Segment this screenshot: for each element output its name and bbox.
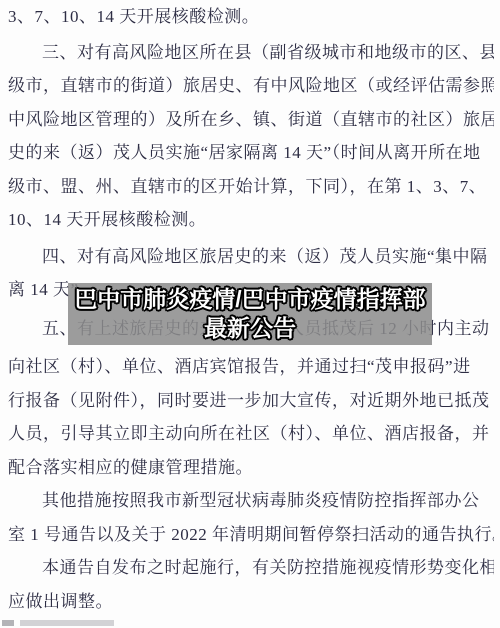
document-line: 级市，直辖市的街道）旅居史、有中风险地区（或经评估需参照	[8, 69, 494, 103]
overlay-title-line1: 巴中市肺炎疫情/巴中市疫情指挥部	[74, 285, 425, 314]
document-line: 配合落实相应的健康管理措施。	[8, 451, 494, 485]
document-line: 10、14 天开展核酸检测。	[8, 203, 494, 237]
document-line: 向社区（村）、单位、酒店宾馆报告，并通过扫“茂申报码”进	[8, 350, 494, 384]
document-line: 史的来（返）茂人员实施“居家隔离 14 天”（时间从离开所在地	[8, 136, 494, 170]
cut-off-text-artifact	[2, 620, 114, 626]
title-overlay-band: 巴中市肺炎疫情/巴中市疫情指挥部 最新公告	[68, 283, 432, 345]
document-line: 人员，引导其立即主动向所在社区（村）、单位、酒店报备，并	[8, 417, 494, 451]
document-line: 应做出调整。	[8, 585, 494, 619]
document-line: 三、对有高风险地区所在县（副省级城市和地级市的区、县	[8, 36, 494, 70]
document-line: 四、对有高风险地区旅居史的来（返）茂人员实施“集中隔	[8, 240, 494, 274]
document-line: 级市、盟、州、直辖市的区开始计算，下同），在第 1、3、7、	[8, 170, 494, 204]
document-line: 中风险地区管理的）及所在乡、镇、街道（直辖市的社区）旅居	[8, 103, 494, 137]
document-line: 行报备（见附件），同时要进一步加大宣传，对近期外地已抵茂	[8, 384, 494, 418]
document-line: 室 1 号通告以及关于 2022 年清明期间暂停祭扫活动的通告执行。	[8, 518, 494, 552]
document-line: 本通告自发布之时起施行，有关防控措施视疫情形势变化相	[8, 551, 494, 585]
document-line: 3、7、10、14 天开展核酸检测。	[8, 0, 494, 34]
overlay-title-line2: 最新公告	[204, 314, 296, 343]
document-line: 其他措施按照我市新型冠状病毒肺炎疫情防控指挥部办公	[8, 484, 494, 518]
